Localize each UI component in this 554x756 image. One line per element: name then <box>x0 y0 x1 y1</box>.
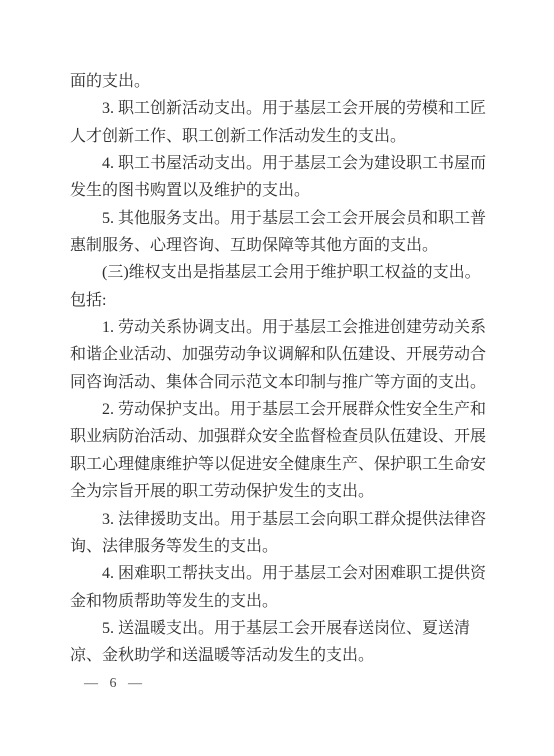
text-line: 2. 劳动保护支出。用于基层工会开展群众性安全生产和 <box>70 396 494 423</box>
paragraph: 4. 职工书屋活动支出。用于基层工会为建设职工书屋而发生的图书购置以及维护的支出… <box>70 150 494 205</box>
paragraph: 1. 劳动关系协调支出。用于基层工会推进创建劳动关系和谐企业活动、加强劳动争议调… <box>70 314 494 396</box>
text-line: 包括: <box>70 287 494 314</box>
text-line: 发生的图书购置以及维护的支出。 <box>70 177 494 204</box>
text-line: 人才创新工作、职工创新工作活动发生的支出。 <box>70 123 494 150</box>
text-line: 凉、金秋助学和送温暖等活动发生的支出。 <box>70 642 494 669</box>
document-body: 面的支出。3. 职工创新活动支出。用于基层工会开展的劳模和工匠人才创新工作、职工… <box>70 68 494 670</box>
paragraph: (三)维权支出是指基层工会用于维护职工权益的支出。包括: <box>70 259 494 314</box>
paragraph: 3. 职工创新活动支出。用于基层工会开展的劳模和工匠人才创新工作、职工创新工作活… <box>70 95 494 150</box>
paragraph: 5. 送温暖支出。用于基层工会开展春送岗位、夏送清凉、金秋助学和送温暖等活动发生… <box>70 615 494 670</box>
paragraph: 4. 困难职工帮扶支出。用于基层工会对困难职工提供资金和物质帮助等发生的支出。 <box>70 560 494 615</box>
text-line: 全为宗旨开展的职工劳动保护发生的支出。 <box>70 478 494 505</box>
text-line: 惠制服务、心理咨询、互助保障等其他方面的支出。 <box>70 232 494 259</box>
text-line: 职业病防治活动、加强群众安全监督检查员队伍建设、开展 <box>70 423 494 450</box>
text-line: (三)维权支出是指基层工会用于维护职工权益的支出。 <box>70 259 494 286</box>
text-line: 5. 送温暖支出。用于基层工会开展春送岗位、夏送清 <box>70 615 494 642</box>
text-line: 金和物质帮助等发生的支出。 <box>70 588 494 615</box>
paragraph: 3. 法律援助支出。用于基层工会向职工群众提供法律咨询、法律服务等发生的支出。 <box>70 506 494 561</box>
text-line: 5. 其他服务支出。用于基层工会工会开展会员和职工普 <box>70 205 494 232</box>
text-line: 面的支出。 <box>70 68 494 95</box>
text-line: 3. 职工创新活动支出。用于基层工会开展的劳模和工匠 <box>70 95 494 122</box>
paragraph: 面的支出。 <box>70 68 494 95</box>
text-line: 询、法律服务等发生的支出。 <box>70 533 494 560</box>
text-line: 1. 劳动关系协调支出。用于基层工会推进创建劳动关系 <box>70 314 494 341</box>
text-line: 同咨询活动、集体合同示范文本印制与推广等方面的支出。 <box>70 369 494 396</box>
text-line: 3. 法律援助支出。用于基层工会向职工群众提供法律咨 <box>70 506 494 533</box>
page-number: — 6 — <box>84 674 142 694</box>
text-line: 4. 职工书屋活动支出。用于基层工会为建设职工书屋而 <box>70 150 494 177</box>
text-line: 职工心理健康维护等以促进安全健康生产、保护职工生命安 <box>70 451 494 478</box>
text-line: 4. 困难职工帮扶支出。用于基层工会对困难职工提供资 <box>70 560 494 587</box>
document-page: 面的支出。3. 职工创新活动支出。用于基层工会开展的劳模和工匠人才创新工作、职工… <box>0 0 554 756</box>
paragraph: 2. 劳动保护支出。用于基层工会开展群众性安全生产和职业病防治活动、加强群众安全… <box>70 396 494 505</box>
text-line: 和谐企业活动、加强劳动争议调解和队伍建设、开展劳动合 <box>70 341 494 368</box>
paragraph: 5. 其他服务支出。用于基层工会工会开展会员和职工普惠制服务、心理咨询、互助保障… <box>70 205 494 260</box>
